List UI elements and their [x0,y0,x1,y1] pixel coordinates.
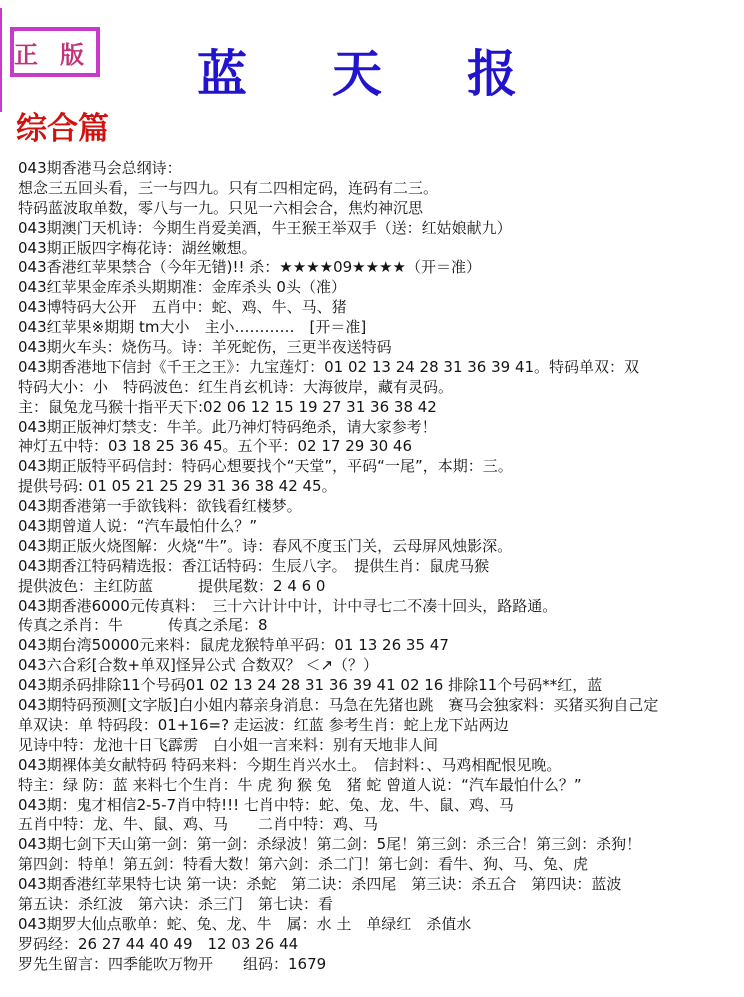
text-line: 主：鼠兔龙马猴十指平天下:02 06 12 15 19 27 31 36 38 … [18,398,744,418]
text-line: 罗码经：26 27 44 40 49 12 03 26 44 [18,935,744,955]
text-line: 043期澳门天机诗：今期生肖爱美酒，牛王猴王举双手（送：红姑娘献九） [18,219,744,239]
text-line: 特码蓝波取单数，零八与一九。只见一六相会合，焦灼神沉思 [18,199,744,219]
text-line: 043期香港红苹果特七诀 第一诀：杀蛇 第二诀：杀四尾 第三诀：杀五合 第四诀：… [18,875,744,895]
text-line: 043博特码大公开 五肖中：蛇、鸡、牛、马、猪 [18,298,744,318]
text-line: 043期正版火烧图解：火烧“牛”。诗：春风不度玉门关，云母屏风烛影深。 [18,537,744,557]
text-line: 043期七剑下天山第一剑：第一剑：杀绿波！第二剑：5尾！第三剑：杀三合！第三剑：… [18,835,744,855]
text-line: 单双诀：单 特码段：01+16=? 走运波：红蓝 参考生肖：蛇上龙下站两边 [18,716,744,736]
text-line: 神灯五中特：03 18 25 36 45。五个平：02 17 29 30 46 [18,437,744,457]
text-line: 特主：绿 防：蓝 来料七个生肖：牛 虎 狗 猴 兔 猪 蛇 曾道人说：“汽车最怕… [18,776,744,796]
text-line: 043期正版神灯禁支：牛羊。此乃神灯特码绝杀，请大家参考！ [18,418,744,438]
text-line: 043期香港马会总纲诗： [18,159,744,179]
authentic-edition-badge: 正版 [10,27,100,77]
text-line: 043红苹果※期期 tm大小 主小………… [开＝准] [18,318,744,338]
content-lines: 043期香港马会总纲诗：想念三五回头看，三一与四九。只有二四相定码，连码有二三。… [18,159,744,975]
text-line: 特码大小：小 特码波色：红生肖玄机诗：大海彼岸，藏有灵码。 [18,378,744,398]
page: { "page": { "badge_label": "正版", "title"… [0,0,744,997]
text-line: 043六合彩[合数+单双]怪异公式 合数双？ ＜↗（？） [18,656,744,676]
text-line: 想念三五回头看，三一与四九。只有二四相定码，连码有二三。 [18,179,744,199]
text-line: 提供波色：主红防蓝 提供尾数：2 4 6 0 [18,577,744,597]
text-line: 第四剑：特单！第五剑：特看大数！第六剑：杀二门！第七剑：看牛、狗、马、兔、虎 [18,855,744,875]
text-line: 罗先生留言：四季能吹万物开 组码：1679 [18,955,744,975]
page-title: 蓝天报 [197,34,602,106]
text-line: 043期特码预测[文字版]白小姐内幕亲身消息：马急在先猪也跳 赛马会独家料：买猪… [18,696,744,716]
text-line: 043期裸体美女献特码 特码来料：今期生肖兴水土。 信封料：、马鸡相配恨见晚。 [18,756,744,776]
text-line: 见诗中特：龙池十日飞霹雳 白小姐一言来料：别有天地非人间 [18,736,744,756]
text-line: 043期杀码排除11个号码01 02 13 24 28 31 36 39 41 … [18,676,744,696]
text-line: 第五诀：杀红波 第六诀：杀三门 第七诀：看 [18,895,744,915]
text-line: 五肖中特：龙、牛、鼠、鸡、马 二肖中特：鸡、马 [18,815,744,835]
text-line: 043期正版特平码信封：特码心想要找个“天堂”，平码“一尾”，本期：三。 [18,457,744,477]
text-line: 043期台湾50000元来料：鼠虎龙猴特单平码：01 13 26 35 47 [18,636,744,656]
text-line: 043香港红苹果禁合（今年无错)!! 杀：★★★★09★★★★（开＝准） [18,258,744,278]
text-line: 传真之杀肖：牛 传真之杀尾：8 [18,616,744,636]
text-line: 043期香江特码精选报：香江话特码：生辰八字。 提供生肖：鼠虎马猴 [18,557,744,577]
left-border-line [0,8,2,112]
text-line: 043期：鬼才相信2-5-7肖中特!!! 七肖中特：蛇、兔、龙、牛、鼠、鸡、马 [18,796,744,816]
text-line: 043期香港6000元传真料： 三十六计计中计，计中寻七二不凑十回头，路路通。 [18,597,744,617]
text-line: 提供号码: 01 05 21 25 29 31 36 38 42 45。 [18,477,744,497]
text-line: 043期罗大仙点歌单：蛇、兔、龙、牛 属：水 土 单绿红 杀值水 [18,915,744,935]
text-line: 043期火车头：烧伤马。诗：羊死蛇伤，三更半夜送特码 [18,338,744,358]
text-line: 043期香港第一手欲钱料：欲钱看红楼梦。 [18,497,744,517]
section-title: 综合篇 [16,103,109,148]
text-line: 043期正版四字梅花诗：湖丝嫩想。 [18,239,744,259]
text-line: 043红苹果金库杀头期期准：金库杀头 0头（准） [18,278,744,298]
text-line: 043期香港地下信封《千王之王》：九宝莲灯：01 02 13 24 28 31 … [18,358,744,378]
text-line: 043期曾道人说：“汽车最怕什么？” [18,517,744,537]
